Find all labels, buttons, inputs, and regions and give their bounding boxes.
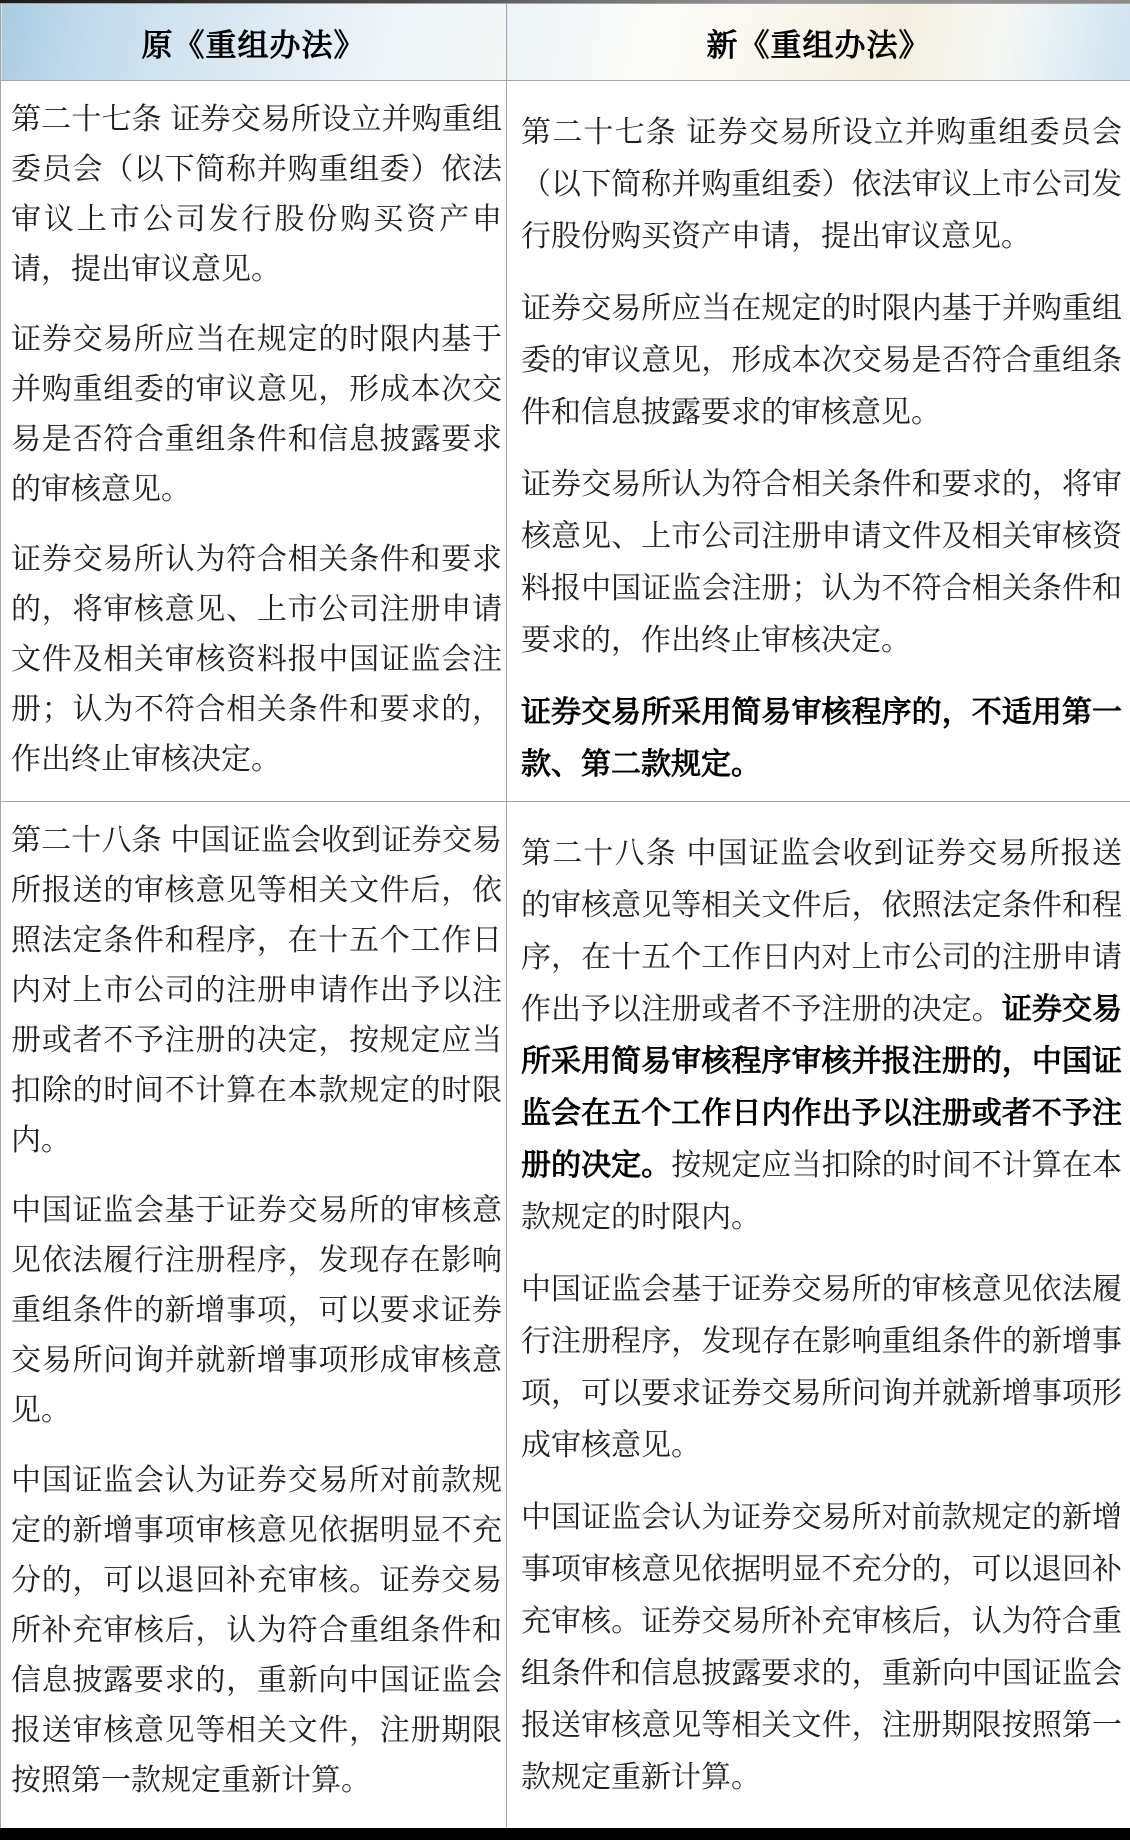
cell-old-row1: 第二十七条 证券交易所设立并购重组委员会（以下简称并购重组委）依法审议上市公司发… bbox=[1, 81, 507, 802]
regulation-text: 证券交易所认为符合相关条件和要求的，将审核意见、上市公司注册申请文件及相关审核资… bbox=[11, 543, 502, 776]
paragraph: 第二十八条 中国证监会收到证券交易所报送的审核意见等相关文件后，依照法定条件和程… bbox=[521, 828, 1122, 1244]
regulation-text: 中国证监会基于证券交易所的审核意见依法履行注册程序，发现存在影响重组条件的新增事… bbox=[11, 1194, 502, 1427]
regulation-text: 中国证监会基于证券交易所的审核意见依法履行注册程序，发现存在影响重组条件的新增事… bbox=[521, 1273, 1122, 1462]
regulation-text: 证券交易所应当在规定的时限内基于并购重组委的审议意见，形成本次交易是否符合重组条… bbox=[521, 292, 1122, 429]
paragraph: 中国证监会认为证券交易所对前款规定的新增事项审核意见依据明显不充分的，可以退回补… bbox=[521, 1492, 1122, 1804]
column-header-old-measures: 原《重组办法》 bbox=[1, 4, 507, 81]
paragraph: 中国证监会基于证券交易所的审核意见依法履行注册程序，发现存在影响重组条件的新增事… bbox=[521, 1264, 1122, 1472]
paragraph: 中国证监会认为证券交易所对前款规定的新增事项审核意见依据明显不充分的，可以退回补… bbox=[11, 1456, 502, 1806]
paragraph: 证券交易所认为符合相关条件和要求的，将审核意见、上市公司注册申请文件及相关审核资… bbox=[521, 459, 1122, 667]
table-header: 原《重组办法》 新《重组办法》 bbox=[1, 4, 1130, 81]
cell-new-row1: 第二十七条 证券交易所设立并购重组委员会（以下简称并购重组委）依法审议上市公司发… bbox=[507, 81, 1130, 802]
cell-new-row2: 第二十八条 中国证监会收到证券交易所报送的审核意见等相关文件后，依照法定条件和程… bbox=[507, 802, 1130, 1832]
regulation-text: 第二十八条 中国证监会收到证券交易所报送的审核意见等相关文件后，依照法定条件和程… bbox=[11, 824, 502, 1157]
paragraph: 证券交易所采用简易审核程序的，不适用第一款、第二款规定。 bbox=[521, 687, 1122, 791]
column-header-new-measures: 新《重组办法》 bbox=[507, 4, 1130, 81]
paragraph: 中国证监会基于证券交易所的审核意见依法履行注册程序，发现存在影响重组条件的新增事… bbox=[11, 1186, 502, 1436]
regulation-text: 第二十七条 证券交易所设立并购重组委员会（以下简称并购重组委）依法审议上市公司发… bbox=[11, 103, 502, 286]
paragraph: 第二十七条 证券交易所设立并购重组委员会（以下简称并购重组委）依法审议上市公司发… bbox=[521, 107, 1122, 263]
paragraph: 证券交易所认为符合相关条件和要求的，将审核意见、上市公司注册申请文件及相关审核资… bbox=[11, 535, 502, 785]
paragraph: 第二十七条 证券交易所设立并购重组委员会（以下简称并购重组委）依法审议上市公司发… bbox=[11, 95, 502, 295]
paragraph: 证券交易所应当在规定的时限内基于并购重组委的审议意见，形成本次交易是否符合重组条… bbox=[11, 315, 502, 515]
regulation-text: 中国证监会认为证券交易所对前款规定的新增事项审核意见依据明显不充分的，可以退回补… bbox=[521, 1501, 1122, 1794]
header-row: 原《重组办法》 新《重组办法》 bbox=[1, 4, 1130, 81]
cell-old-row2: 第二十八条 中国证监会收到证券交易所报送的审核意见等相关文件后，依照法定条件和程… bbox=[1, 802, 507, 1832]
regulation-text: 第二十七条 证券交易所设立并购重组委员会（以下简称并购重组委）依法审议上市公司发… bbox=[521, 116, 1122, 253]
table-body: 第二十七条 证券交易所设立并购重组委员会（以下简称并购重组委）依法审议上市公司发… bbox=[1, 81, 1130, 1832]
bottom-border bbox=[0, 1828, 1130, 1840]
bold-added-text: 证券交易所采用简易审核程序的，不适用第一款、第二款规定。 bbox=[521, 696, 1122, 781]
regulation-text: 证券交易所认为符合相关条件和要求的，将审核意见、上市公司注册申请文件及相关审核资… bbox=[521, 468, 1122, 657]
paragraph: 第二十八条 中国证监会收到证券交易所报送的审核意见等相关文件后，依照法定条件和程… bbox=[11, 816, 502, 1166]
paragraph: 证券交易所应当在规定的时限内基于并购重组委的审议意见，形成本次交易是否符合重组条… bbox=[521, 283, 1122, 439]
regulation-comparison-table: 原《重组办法》 新《重组办法》 第二十七条 证券交易所设立并购重组委员会（以下简… bbox=[0, 3, 1130, 1832]
regulation-text: 证券交易所应当在规定的时限内基于并购重组委的审议意见，形成本次交易是否符合重组条… bbox=[11, 323, 502, 506]
comparison-page: 原《重组办法》 新《重组办法》 第二十七条 证券交易所设立并购重组委员会（以下简… bbox=[0, 0, 1130, 1840]
table-row-article-27: 第二十七条 证券交易所设立并购重组委员会（以下简称并购重组委）依法审议上市公司发… bbox=[1, 81, 1130, 802]
regulation-text: 中国证监会认为证券交易所对前款规定的新增事项审核意见依据明显不充分的，可以退回补… bbox=[11, 1464, 502, 1797]
table-wrapper: 原《重组办法》 新《重组办法》 第二十七条 证券交易所设立并购重组委员会（以下简… bbox=[0, 3, 1130, 1828]
table-row-article-28: 第二十八条 中国证监会收到证券交易所报送的审核意见等相关文件后，依照法定条件和程… bbox=[1, 802, 1130, 1832]
